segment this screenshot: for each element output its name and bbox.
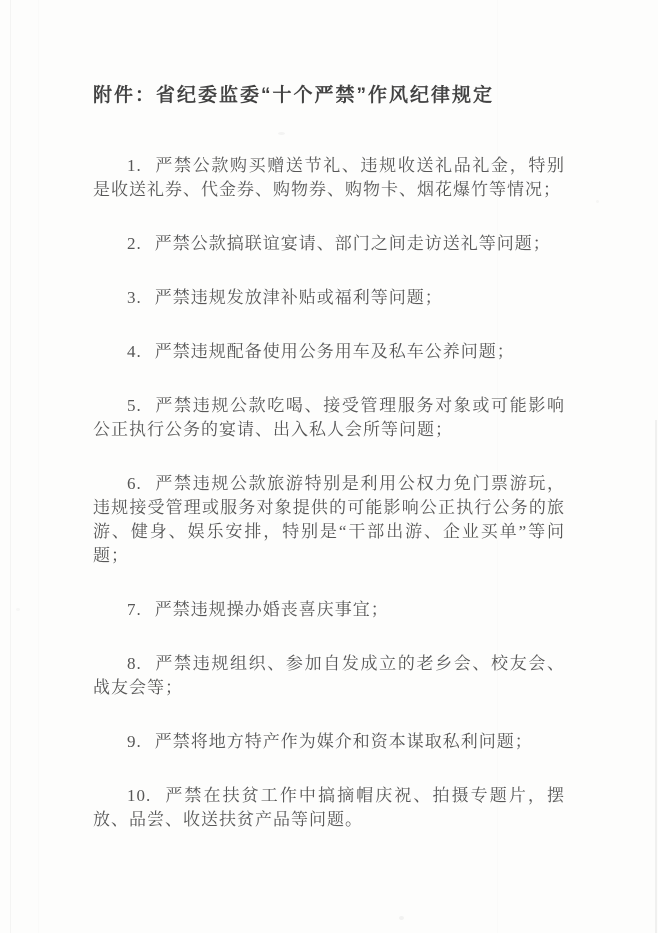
item-number: 2.: [127, 234, 155, 253]
item-text: 严禁违规组织、参加自发成立的老乡会、校友会、战友会等；: [93, 654, 565, 697]
item-number: 6.: [127, 474, 155, 493]
item-text: 严禁公款购买赠送节礼、违规收送礼品礼金，特别是收送礼券、代金券、购物券、购物卡、…: [93, 156, 565, 199]
scanned-document-page: 附件：省纪委监委“十个严禁”作风纪律规定 1.严禁公款购买赠送节礼、违规收送礼品…: [0, 0, 658, 933]
item-number: 9.: [127, 732, 155, 751]
regulation-list: 1.严禁公款购买赠送节礼、违规收送礼品礼金，特别是收送礼券、代金券、购物券、购物…: [93, 154, 565, 832]
regulation-item: 5.严禁违规公款吃喝、接受管理服务对象或可能影响公正执行公务的宴请、出入私人会所…: [93, 394, 565, 442]
item-text: 严禁违规公款吃喝、接受管理服务对象或可能影响公正执行公务的宴请、出入私人会所等问…: [93, 396, 565, 439]
regulation-item: 4.严禁违规配备使用公务用车及私车公养问题；: [93, 340, 565, 364]
item-text: 严禁公款搞联谊宴请、部门之间走访送礼等问题；: [155, 234, 551, 253]
item-number: 5.: [127, 396, 155, 415]
scan-artifact-line: [10, 0, 11, 933]
scan-artifact-speck: [399, 916, 404, 920]
regulation-item: 6.严禁违规公款旅游特别是利用公权力免门票游玩，违规接受管理或服务对象提供的可能…: [93, 472, 565, 568]
item-number: 3.: [127, 288, 155, 307]
item-number: 1.: [127, 156, 155, 175]
regulation-item: 3.严禁违规发放津补贴或福利等问题；: [93, 286, 565, 310]
regulation-item: 8.严禁违规组织、参加自发成立的老乡会、校友会、战友会等；: [93, 652, 565, 700]
item-text: 严禁违规配备使用公务用车及私车公养问题；: [155, 342, 515, 361]
item-number: 10.: [127, 786, 164, 805]
scan-artifact-speck: [278, 132, 285, 135]
item-number: 8.: [127, 654, 155, 673]
item-number: 7.: [127, 600, 155, 619]
scan-artifact-line: [38, 0, 39, 933]
regulation-item: 2.严禁公款搞联谊宴请、部门之间走访送礼等问题；: [93, 232, 565, 256]
item-text: 严禁违规公款旅游特别是利用公权力免门票游玩，违规接受管理或服务对象提供的可能影响…: [93, 474, 565, 565]
item-text: 严禁将地方特产作为媒介和资本谋取私利问题；: [155, 732, 533, 751]
scan-artifact-edge: [655, 420, 657, 933]
item-number: 4.: [127, 342, 155, 361]
scan-artifact-speck: [596, 200, 599, 203]
regulation-item: 10.严禁在扶贫工作中搞摘帽庆祝、拍摄专题片，摆放、品尝、收送扶贫产品等问题。: [93, 784, 565, 832]
regulation-item: 1.严禁公款购买赠送节礼、违规收送礼品礼金，特别是收送礼券、代金券、购物券、购物…: [93, 154, 565, 202]
item-text: 严禁在扶贫工作中搞摘帽庆祝、拍摄专题片，摆放、品尝、收送扶贫产品等问题。: [93, 786, 565, 829]
item-text: 严禁违规操办婚丧喜庆事宜；: [155, 600, 389, 619]
document-title: 附件：省纪委监委“十个严禁”作风纪律规定: [93, 84, 565, 108]
regulation-item: 7.严禁违规操办婚丧喜庆事宜；: [93, 598, 565, 622]
regulation-item: 9.严禁将地方特产作为媒介和资本谋取私利问题；: [93, 730, 565, 754]
item-text: 严禁违规发放津补贴或福利等问题；: [155, 288, 443, 307]
scan-artifact-speck: [16, 608, 20, 611]
